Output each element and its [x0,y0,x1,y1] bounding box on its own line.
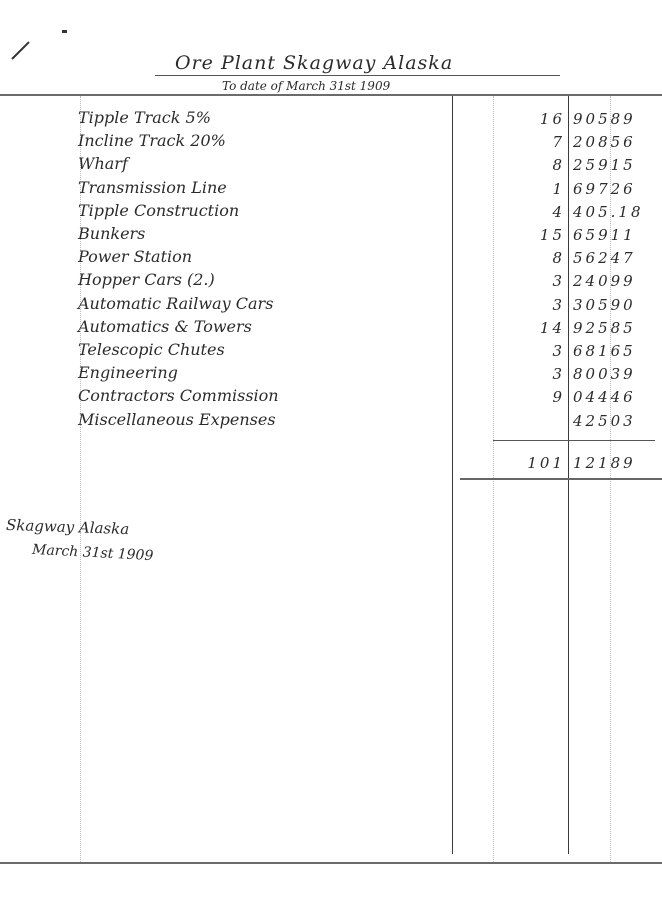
item-amount-cents: 90589 [573,110,636,128]
item-amount-dollars: 16 [540,110,565,128]
signature-place: Skagway Alaska [6,516,130,538]
item-label: Telescopic Chutes [78,340,225,359]
item-amount-cents: 24099 [573,272,636,290]
item-amount-cents: 68165 [573,342,636,360]
item-label: Incline Track 20% [78,131,226,150]
item-amount-cents: 65911 [573,226,636,244]
page-subtitle: To date of March 31st 1909 [222,79,390,93]
item-amount-cents: 42503 [573,412,636,430]
page-title: Ore Plant Skagway Alaska [175,52,453,74]
item-amount-dollars: 14 [540,319,565,337]
column-rule-left [452,96,453,854]
total-rule [460,478,662,480]
item-amount-cents: 04446 [573,388,636,406]
item-label: Transmission Line [78,178,227,197]
item-label: Engineering [78,363,178,382]
item-amount-dollars: 4 [552,203,565,221]
bottom-rule [0,862,662,864]
total-dollars: 101 [527,454,565,472]
item-label: Automatics & Towers [78,317,252,336]
item-label: Automatic Railway Cars [78,294,273,313]
item-amount-dollars: 8 [552,156,565,174]
item-amount-cents: 30590 [573,296,636,314]
item-amount-dollars: 9 [552,388,565,406]
item-label: Tipple Construction [78,201,239,220]
signature-date: March 31st 1909 [32,542,154,564]
item-amount-dollars: 3 [552,365,565,383]
item-label: Tipple Track 5% [78,108,211,127]
item-amount-dollars: 8 [552,249,565,267]
item-label: Bunkers [78,224,145,243]
title-underline [155,75,560,76]
item-label: Contractors Commission [78,386,279,405]
item-label: Hopper Cars (2.) [78,270,215,289]
item-amount-dollars: 3 [552,342,565,360]
item-amount-cents: 69726 [573,180,636,198]
item-label: Power Station [78,247,192,266]
item-amount-cents: 405.18 [573,203,644,221]
item-amount-cents: 56247 [573,249,636,267]
item-amount-cents: 25915 [573,156,636,174]
item-amount-cents: 20856 [573,133,636,151]
item-label: Wharf [78,154,128,173]
total-cents: 12189 [573,454,636,472]
item-amount-dollars: 15 [540,226,565,244]
item-amount-cents: 92585 [573,319,636,337]
top-rule [0,94,662,96]
subtotal-rule [493,440,655,441]
item-label: Miscellaneous Expenses [78,410,276,429]
pen-mark [11,41,29,59]
ink-dot [62,30,67,33]
item-amount-cents: 80039 [573,365,636,383]
item-amount-dollars: 7 [552,133,565,151]
column-rule-dollars-cents [568,96,569,854]
item-amount-dollars: 3 [552,296,565,314]
item-amount-dollars: 3 [552,272,565,290]
item-amount-dollars: 1 [552,180,565,198]
